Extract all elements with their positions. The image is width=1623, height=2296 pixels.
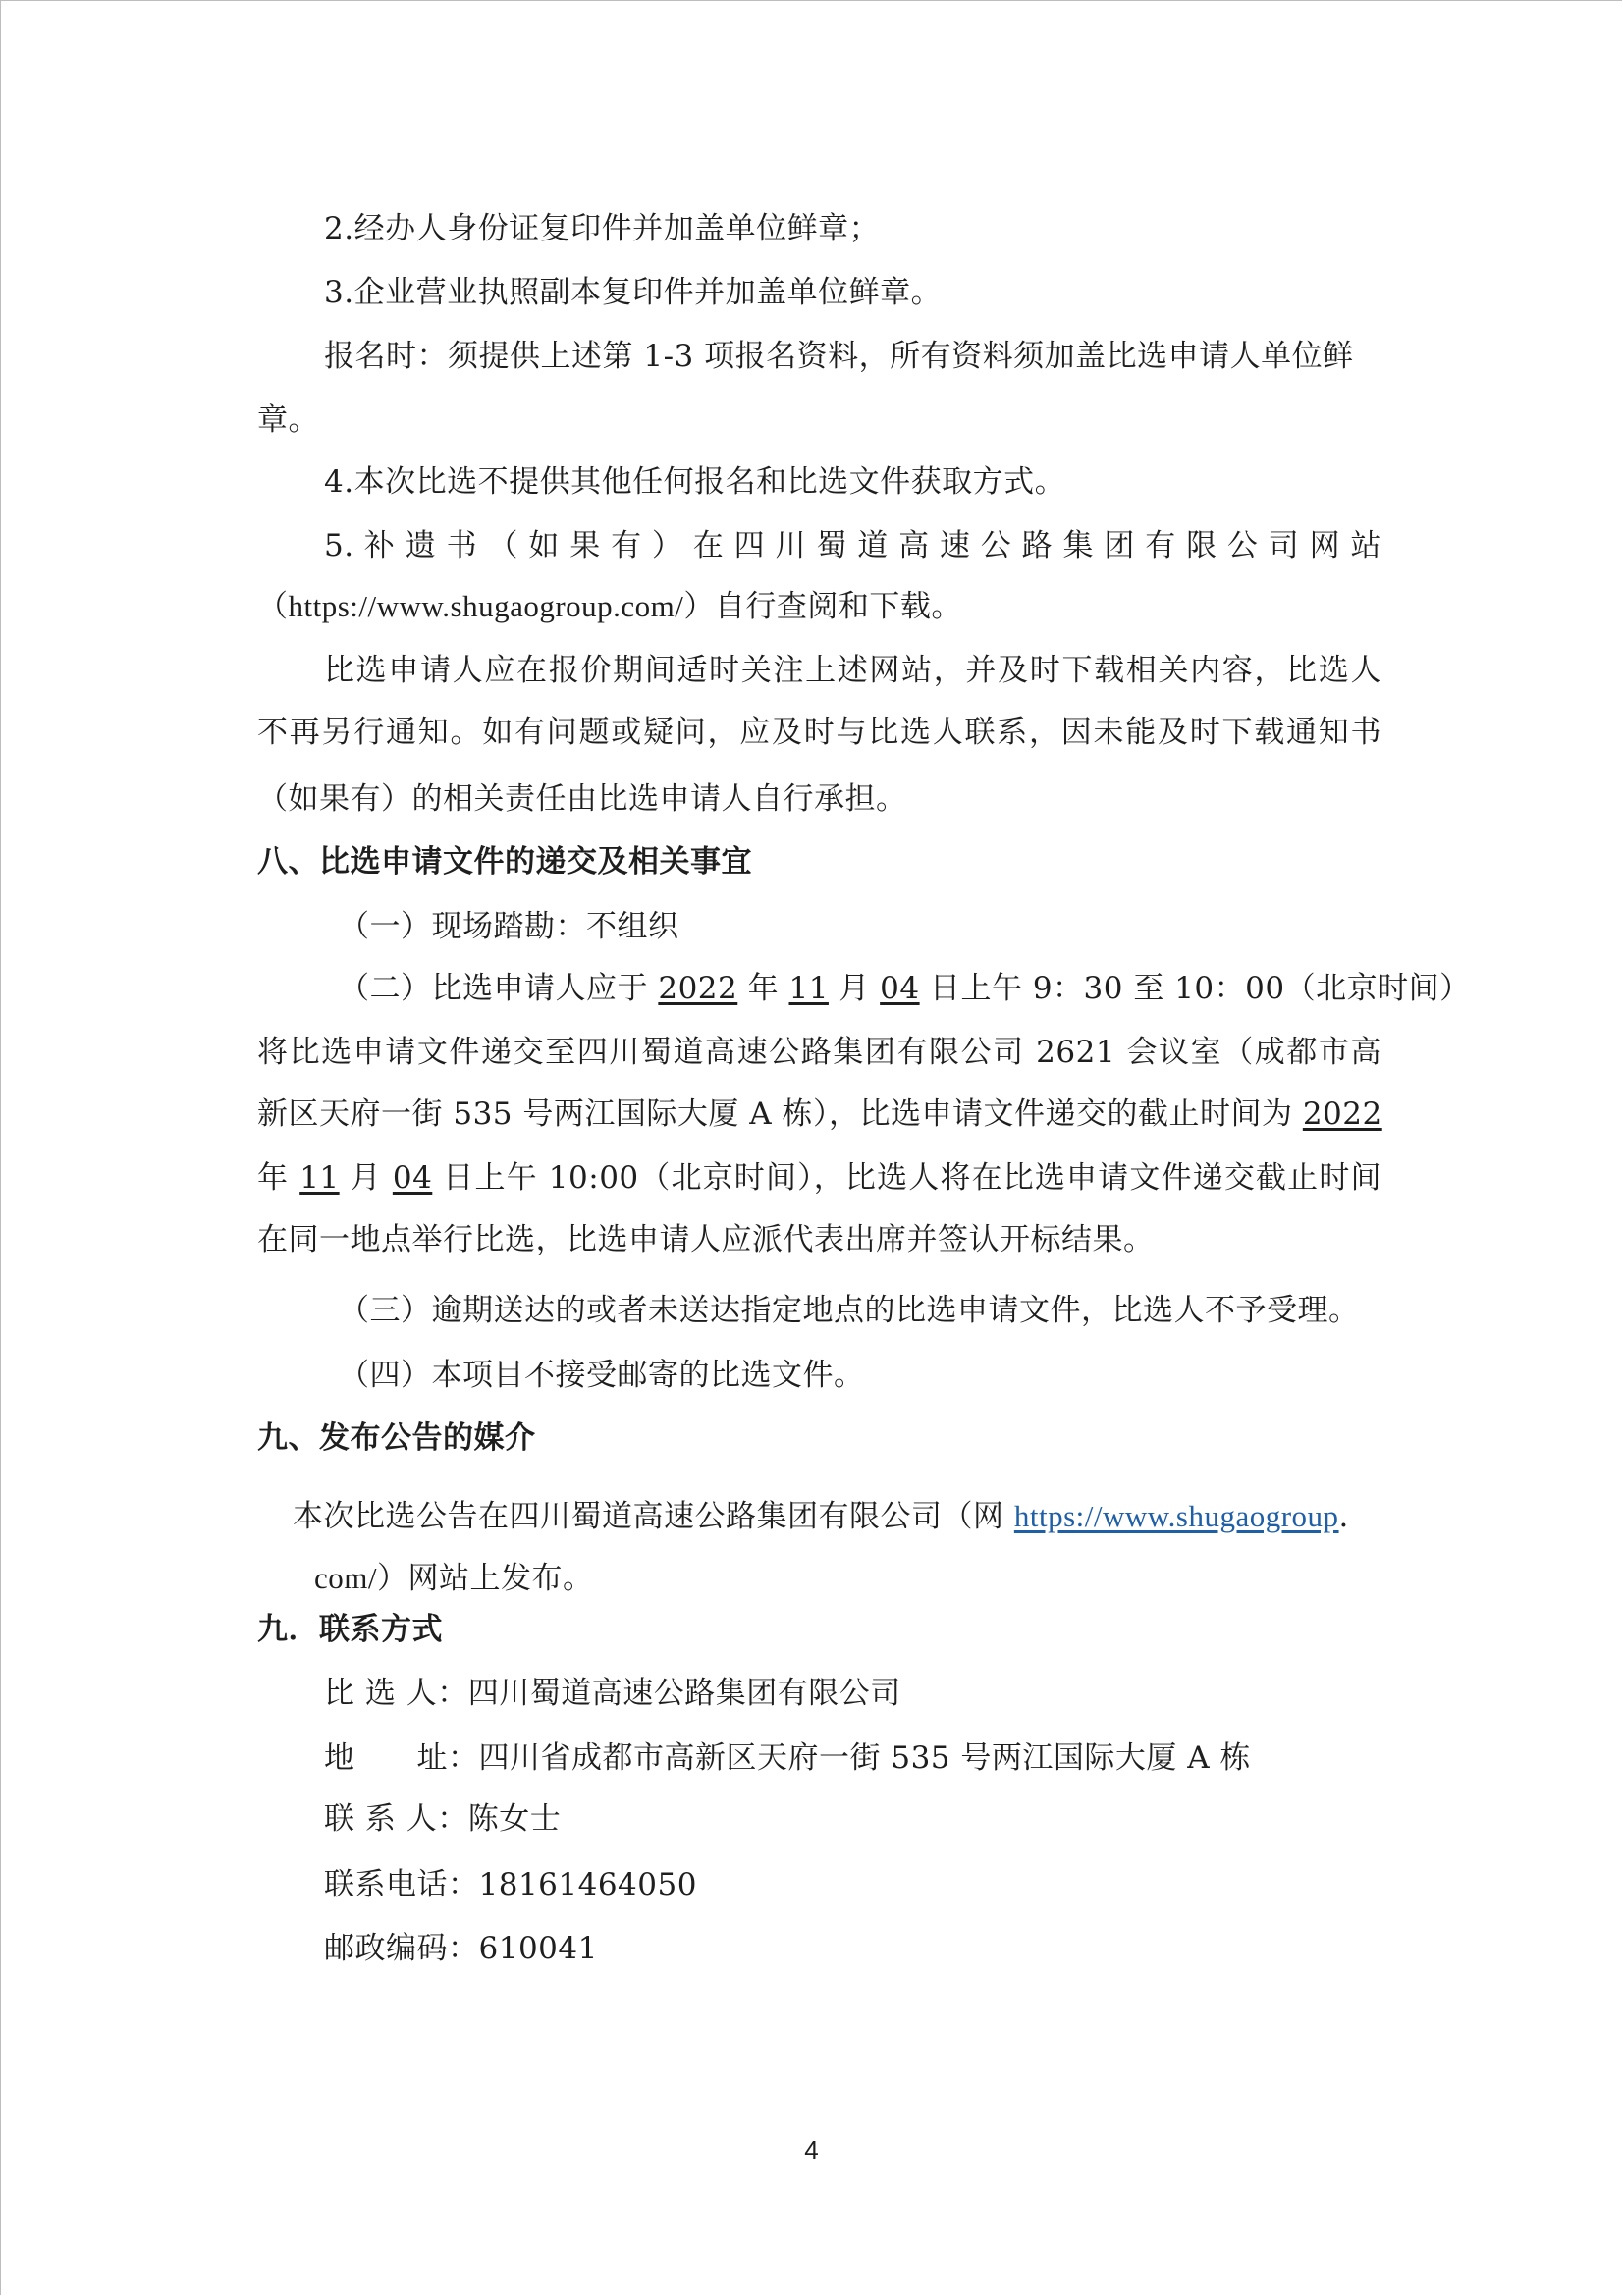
text: 年 <box>257 1160 299 1196</box>
contact-row-selector: 比 选 人：四川蜀道高速公路集团有限公司 <box>324 1674 1381 1713</box>
deadline-month: 11 <box>299 1160 339 1196</box>
section-9-media-title: 九、发布公告的媒介 <box>257 1418 1381 1458</box>
date-month: 11 <box>788 971 828 1006</box>
text: 本次比选公告在四川蜀道高速公路集团有限公司（网 <box>293 1499 1014 1534</box>
section-8-sub-4: （四）本项目不接受邮寄的比选文件。 <box>339 1356 1381 1395</box>
section-8-sub-2-line-4: 年 11 月 04 日上午 10:00（北京时间），比选人将在比选申请文件递交截… <box>257 1158 1381 1198</box>
section-8-sub-2-line-3: 新区天府一街 535 号两江国际大厦 A 栋），比选申请文件递交的截止时间为 2… <box>257 1095 1381 1134</box>
date-year: 2022 <box>658 971 737 1006</box>
item-5-line-2: （https://www.shugaogroup.com/）自行查阅和下载。 <box>257 587 1381 626</box>
text: 新区天府一街 535 号两江国际大厦 A 栋），比选申请文件递交的截止时间为 <box>257 1096 1303 1132</box>
notice-line-2: 不再另行通知。如有问题或疑问，应及时与比选人联系，因未能及时下载通知书 <box>257 713 1381 752</box>
contact-row-phone: 联系电话：18161464050 <box>324 1865 1381 1904</box>
contact-row-postcode: 邮政编码：610041 <box>324 1929 1381 1968</box>
section-8-title: 八、比选申请文件的递交及相关事宜 <box>257 842 1381 881</box>
deadline-day: 04 <box>393 1160 432 1196</box>
text: 月 <box>340 1160 393 1196</box>
page-number: 4 <box>0 2135 1623 2165</box>
section-8-sub-2-line-5: 在同一地点举行比选，比选申请人应派代表出席并签认开标结果。 <box>257 1220 1381 1259</box>
item-3: 3.企业营业执照副本复印件并加盖单位鲜章。 <box>324 273 1381 312</box>
item-2: 2.经办人身份证复印件并加盖单位鲜章； <box>324 209 1381 248</box>
section-8-sub-2-line-2: 将比选申请文件递交至四川蜀道高速公路集团有限公司 2621 会议室（成都市高 <box>257 1033 1381 1072</box>
contact-value: 610041 <box>479 1931 598 1966</box>
notice-line-3: （如果有）的相关责任由比选申请人自行承担。 <box>257 779 1381 819</box>
contact-row-address: 地 址：四川省成都市高新区天府一街 535 号两江国际大厦 A 栋 <box>324 1738 1381 1778</box>
section-8-sub-3: （三）逾期送达的或者未送达指定地点的比选申请文件，比选人不予受理。 <box>339 1291 1381 1330</box>
contact-value: 18161464050 <box>479 1867 697 1902</box>
date-day: 04 <box>880 971 919 1006</box>
section-8-sub-1: （一）现场踏勘：不组织 <box>339 907 1381 946</box>
website-link[interactable]: https://www.shugaogroup <box>1014 1499 1339 1533</box>
contact-row-person: 联 系 人：陈女士 <box>324 1799 1381 1839</box>
contact-label: 邮政编码： <box>324 1929 479 1968</box>
text: 日上午 9：30 至 10：00（北京时间） <box>920 971 1471 1006</box>
text: 年 <box>737 971 788 1006</box>
contact-value: 四川省成都市高新区天府一街 535 号两江国际大厦 A 栋 <box>479 1740 1251 1776</box>
section-9-media-line-1: 本次比选公告在四川蜀道高速公路集团有限公司（网 https://www.shug… <box>293 1497 1382 1536</box>
text: . <box>1339 1499 1349 1534</box>
registration-note-line-2: 章。 <box>257 400 1381 440</box>
contact-label: 地 址： <box>324 1738 479 1778</box>
contact-label: 比 选 人： <box>324 1674 468 1713</box>
item-4: 4.本次比选不提供其他任何报名和比选文件获取方式。 <box>324 462 1381 502</box>
section-9-media-line-2: com/）网站上发布。 <box>314 1559 1438 1598</box>
contact-label: 联 系 人： <box>324 1799 468 1839</box>
text: 月 <box>829 971 880 1006</box>
section-9-contact-title: 九．联系方式 <box>257 1610 1381 1649</box>
contact-value: 陈女士 <box>468 1801 562 1837</box>
deadline-year: 2022 <box>1303 1096 1382 1132</box>
text: （二）比选申请人应于 <box>339 971 658 1006</box>
text: 日上午 10:00（北京时间），比选人将在比选申请文件递交截止时间 <box>432 1160 1381 1196</box>
contact-value: 四川蜀道高速公路集团有限公司 <box>468 1676 901 1711</box>
registration-note-line-1: 报名时：须提供上述第 1-3 项报名资料，所有资料须加盖比选申请人单位鲜 <box>324 337 1381 376</box>
item-5-line-1: 5.补遗书（如果有）在四川蜀道高速公路集团有限公司网站 <box>324 526 1381 565</box>
contact-label: 联系电话： <box>324 1865 479 1904</box>
section-8-sub-2-line-1: （二）比选申请人应于 2022 年 11 月 04 日上午 9：30 至 10：… <box>339 969 1381 1008</box>
notice-line-1: 比选申请人应在报价期间适时关注上述网站，并及时下载相关内容，比选人 <box>324 651 1381 690</box>
